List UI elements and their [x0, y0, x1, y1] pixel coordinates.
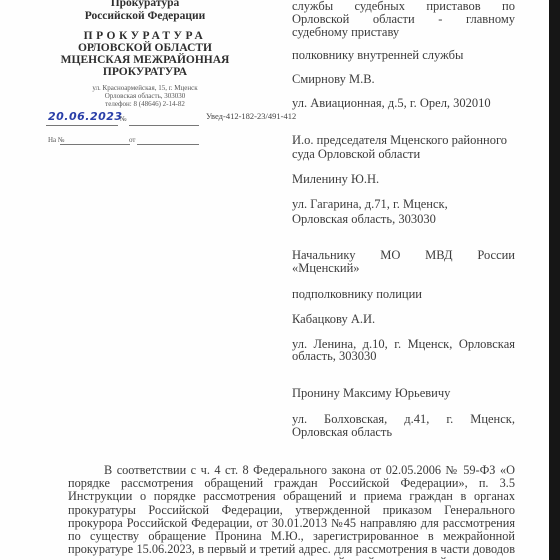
recipient3-name: Кабацкову А.И. — [292, 313, 515, 326]
body-line: Инструкции о порядке рассмотрения обраще… — [68, 490, 515, 503]
number-label: № — [120, 115, 127, 123]
recipient2-name: Миленину Ю.Н. — [292, 173, 515, 186]
body-line: В соответствии с ч. 4 ст. 8 Федерального… — [68, 464, 515, 477]
handwritten-date: 20.06.2023 — [48, 110, 123, 123]
recipient3-address-line2: область, 303030 — [292, 350, 515, 363]
body-line: по существу обращение Пронина М.Ю., заре… — [68, 530, 515, 543]
reply-to-number-label: На № — [48, 136, 65, 144]
sender-phone: телефон: 8 (48646) 2-14-82 — [20, 100, 270, 108]
recipient1-rank: полковнику внутренней службы — [292, 49, 515, 62]
body-line-cut-off: о возможном совершении противоправных де… — [68, 556, 515, 560]
reply-date-underline — [137, 144, 199, 145]
recipient3-position-line2: «Мценский» — [292, 262, 515, 275]
recipient2-address-line1: ул. Гагарина, д.71, г. Мценск, — [292, 198, 515, 211]
recipient1-position-line3: судебному приставу — [292, 26, 515, 39]
number-underline — [129, 125, 199, 126]
document-page: Прокуратура Российской Федерации ПРОКУРА… — [0, 0, 549, 560]
org-name-line1: Прокуратура — [20, 0, 270, 10]
recipient1-name: Смирнову М.В. — [292, 73, 515, 86]
letterhead-title-line3: МЦЕНСКАЯ МЕЖРАЙОННАЯ — [20, 54, 270, 67]
date-underline — [46, 125, 118, 126]
recipient4-address-line2: Орловская область — [292, 426, 515, 439]
body-line: прокуратуре 15.06.2023, в первый и трети… — [68, 543, 515, 556]
scan-dark-edge — [549, 0, 560, 560]
body-line: порядке рассмотрения обращений граждан Р… — [68, 477, 515, 490]
letter-body-paragraph: В соответствии с ч. 4 ст. 8 Федерального… — [68, 464, 515, 560]
body-line: прокурора Российской Федерации, от 30.01… — [68, 517, 515, 530]
recipient2-position-line1: И.о. председателя Мценского районного — [292, 134, 515, 147]
outgoing-number: Увед-412-182-23/491-412 — [206, 111, 296, 121]
recipient3-rank: подполковнику полиции — [292, 288, 515, 301]
body-line: прокуратуры Российской Федерации, утверж… — [68, 504, 515, 517]
reply-number-underline — [60, 144, 130, 145]
letterhead-title-line4: ПРОКУРАТУРА — [20, 66, 270, 79]
recipient2-address-line2: Орловская область, 303030 — [292, 213, 515, 226]
reply-from-label: от — [129, 136, 135, 144]
recipient2-position-line2: суда Орловской области — [292, 148, 515, 161]
recipient4-name: Пронину Максиму Юрьевичу — [292, 387, 515, 400]
letterhead-title-line1: ПРОКУРАТУРА — [20, 30, 270, 43]
org-name-line2: Российской Федерации — [20, 10, 270, 23]
recipient1-address: ул. Авиационная, д.5, г. Орел, 302010 — [292, 97, 515, 110]
letterhead-title-line2: ОРЛОВСКОЙ ОБЛАСТИ — [20, 42, 270, 55]
